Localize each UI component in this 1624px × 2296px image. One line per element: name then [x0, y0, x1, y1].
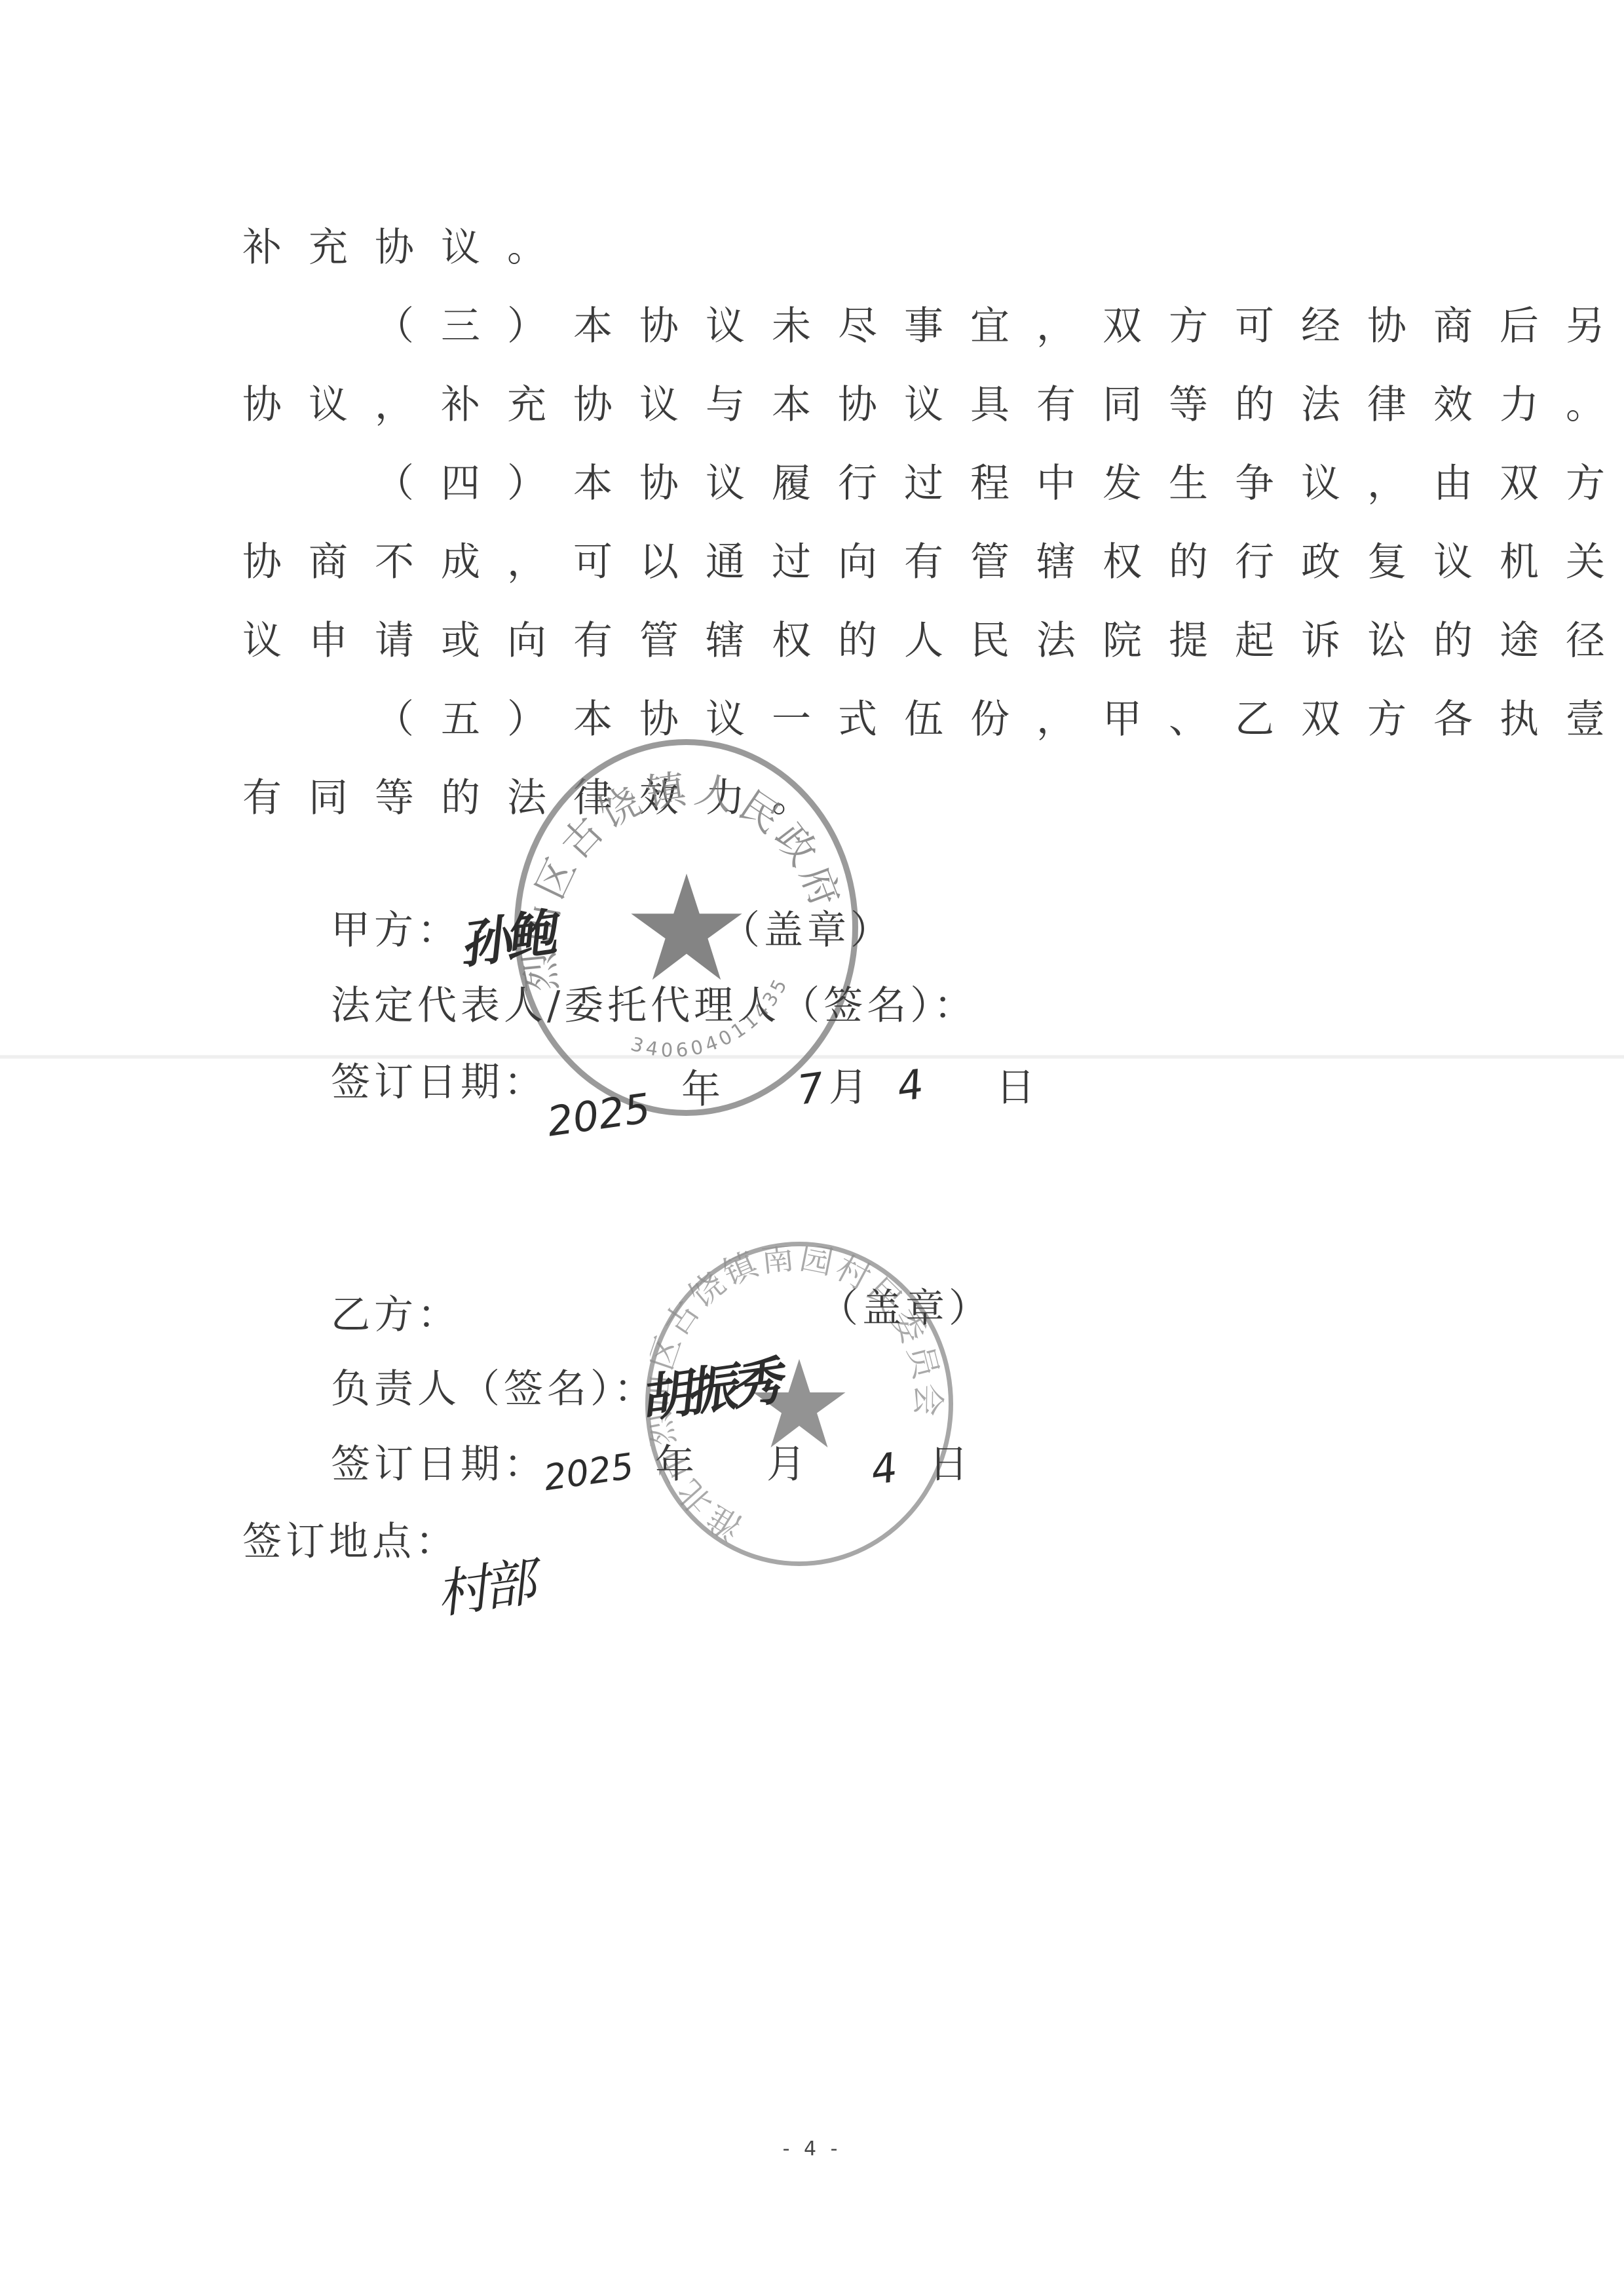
party-a-year-suffix: 年 — [681, 1067, 725, 1113]
party-a-date-label: 签订日期： — [331, 1060, 547, 1105]
party-a-handwritten-day: 4 — [894, 1060, 926, 1111]
party-b-responsible-label: 负责人（签名）： — [331, 1366, 657, 1412]
party-a-day-suffix: 日 — [996, 1065, 1039, 1111]
paragraph-line: （四）本协议履行过程中发生争议，由双方协商处理， — [242, 444, 1369, 523]
party-b-handwritten-signature: 胡振秀 — [634, 1341, 781, 1432]
party-a-row: 甲方： — [331, 908, 461, 953]
party-b-date-label: 签订日期： — [331, 1442, 547, 1487]
paragraph-line: 有同等的法律效力。 — [242, 759, 1369, 837]
party-b-month-suffix: 月 — [766, 1442, 810, 1487]
party-a-handwritten-month: 7 — [795, 1063, 827, 1115]
party-b-handwritten-year: 2025 — [541, 1445, 636, 1499]
signing-place-handwritten-value: 村部 — [431, 1540, 535, 1628]
signing-place-label: 签订地点： — [242, 1519, 459, 1565]
party-b-label: 乙方： — [331, 1292, 461, 1338]
paragraph-line: （五）本协议一式伍份，甲、乙双方各执壹份，每份具 — [242, 680, 1369, 759]
paragraph-line: （三）本协议未尽事宜，双方可经协商后另行签订补充 — [242, 287, 1369, 366]
party-b-day-suffix: 日 — [929, 1442, 972, 1487]
party-b-year-suffix: 年 — [655, 1442, 698, 1487]
party-a-representative-label: 法定代表人/委托代理人（签名）： — [331, 983, 977, 1029]
paragraph-line: 协议，补充协议与本协议具有同等的法律效力。 — [242, 366, 1369, 444]
paragraph-line: 协商不成，可以通过向有管辖权的行政复议机关提出行政复 — [242, 523, 1369, 602]
party-a-seal-note: （盖章） — [721, 908, 894, 953]
party-a-handwritten-year: 2025 — [544, 1084, 653, 1145]
agreement-body: 补充协议。 （三）本协议未尽事宜，双方可经协商后另行签订补充 协议，补充协议与本… — [242, 208, 1369, 837]
scan-artifact-line — [0, 1055, 1624, 1059]
party-a-handwritten-signature: 孙鲍 — [454, 893, 555, 978]
page-number: - 4 - — [0, 2137, 1624, 2160]
paragraph-line: 补充协议。 — [242, 208, 1369, 287]
paragraph-line: 议申请或向有管辖权的人民法院提起诉讼的途径解决。 — [242, 602, 1369, 680]
party-b-seal-note: （盖章） — [819, 1286, 992, 1331]
document-page: 补充协议。 （三）本协议未尽事宜，双方可经协商后另行签订补充 协议，补充协议与本… — [0, 0, 1624, 2296]
party-a-label: 甲方： — [331, 908, 461, 953]
party-b-handwritten-day: 4 — [868, 1444, 900, 1495]
party-a-month-suffix: 月 — [829, 1065, 872, 1111]
